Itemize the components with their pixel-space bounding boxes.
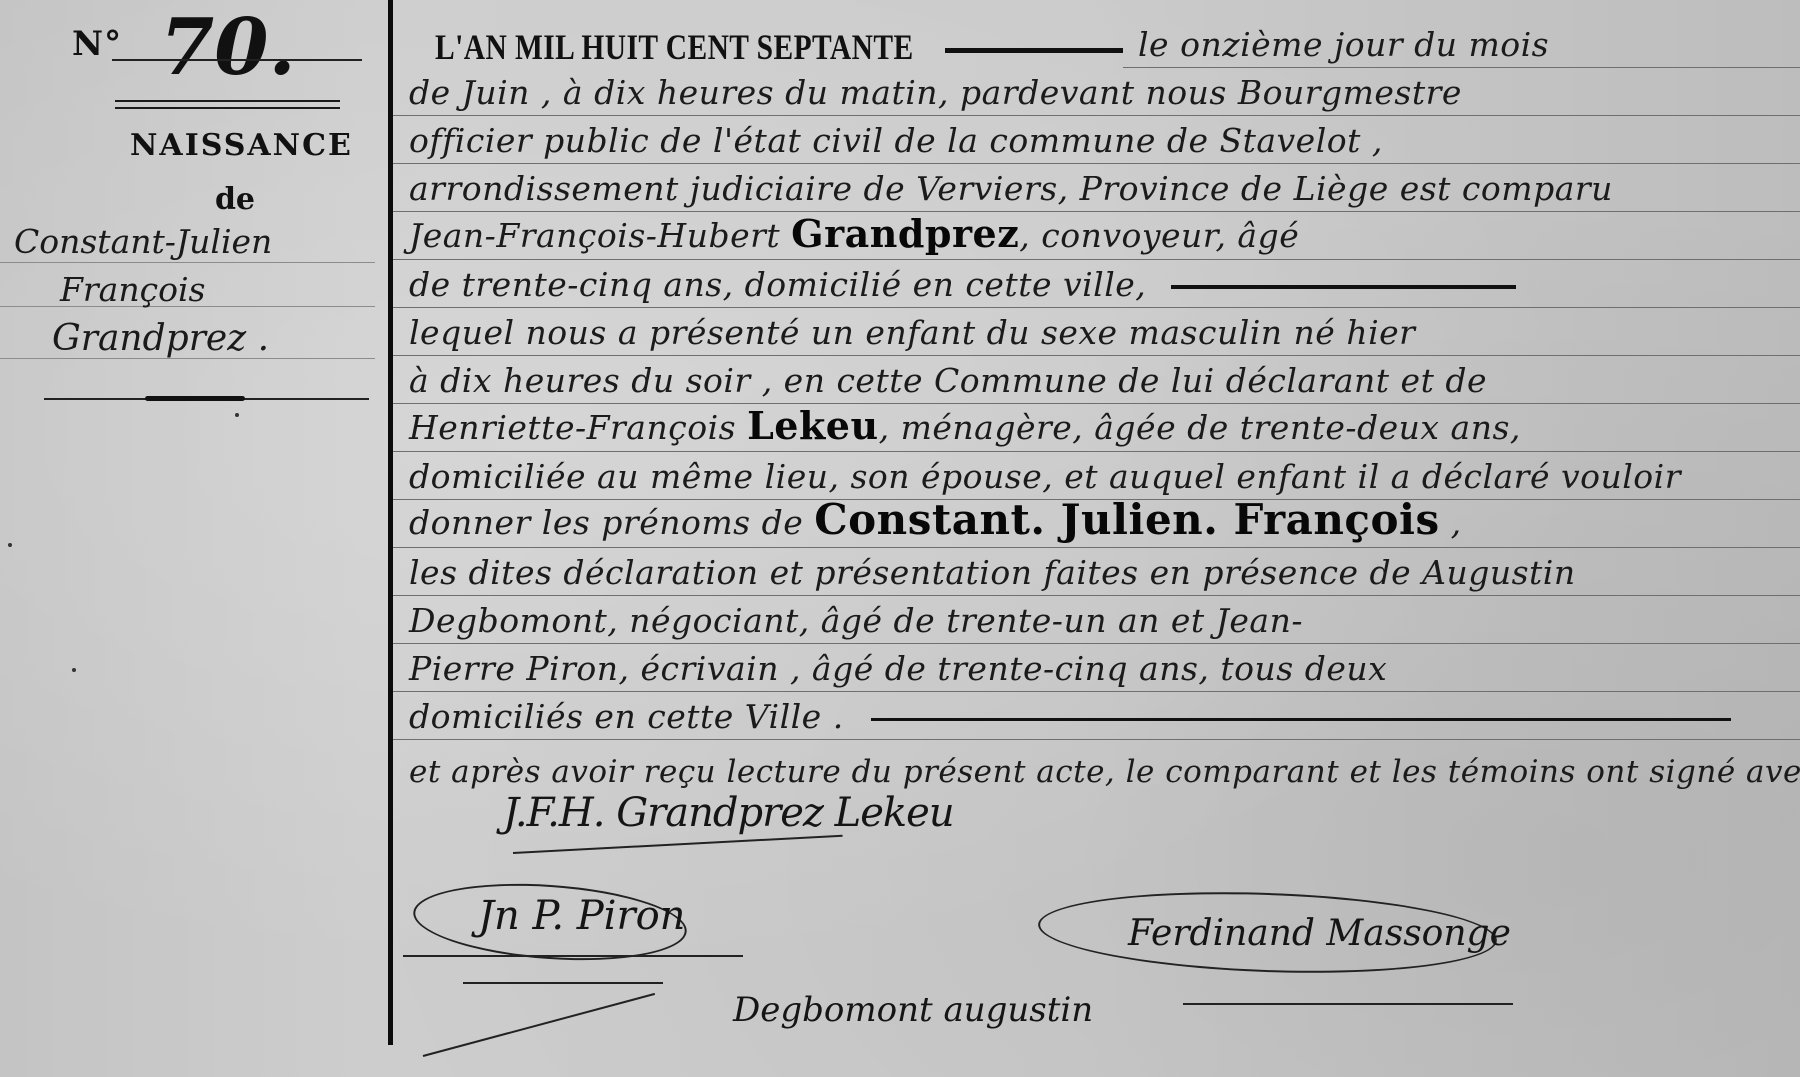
act-line-text: arrondissement judiciaire de Verviers, P… (409, 169, 1613, 208)
given-names-intro: donner les prénoms de (409, 503, 814, 542)
paper-speck (72, 668, 76, 672)
ruled-line (393, 451, 1800, 452)
birth-record-page: N° 70. NAISSANCE de Constant-Julien Fran… (0, 0, 1800, 1077)
act-line: à dix heures du soir , en cette Commune … (393, 358, 1800, 404)
act-line-text: domiciliés en cette Ville . (409, 697, 1731, 736)
ruled-line (1123, 67, 1800, 68)
ruled-line (393, 595, 1800, 596)
act-line-text: Jean-François-Hubert Grandprez, convoyeu… (409, 211, 1299, 256)
ruled-line (393, 643, 1800, 644)
act-line: officier public de l'état civil de la co… (393, 118, 1800, 164)
act-line-text: de trente-cinq ans, domicilié en cette v… (409, 265, 1516, 304)
ruled-line (393, 163, 1800, 164)
act-line-text: de Juin , à dix heures du matin, pardeva… (409, 73, 1462, 112)
act-line-text: Degbomont, négociant, âgé de trente-un a… (409, 601, 1303, 640)
double-rule-divider (115, 100, 340, 109)
act-line: Degbomont, négociant, âgé de trente-un a… (393, 598, 1800, 644)
child-given-names: Constant. Julien. François (814, 495, 1439, 544)
act-line: Henriette-François Lekeu, ménagère, âgée… (393, 406, 1800, 452)
margin-rule (0, 262, 375, 263)
paper-speck (8, 543, 12, 547)
child-name-line-2: François (60, 270, 205, 309)
act-line-text: le onzième jour du mois (1138, 25, 1549, 64)
margin-closing-rule-accent (145, 396, 245, 401)
act-line: domiciliée au même lieu, son épouse, et … (393, 454, 1800, 500)
record-number-value: 70. (160, 2, 296, 93)
declarant-given-names: Jean-François-Hubert (409, 216, 791, 255)
act-line: de Juin , à dix heures du matin, pardeva… (393, 70, 1800, 116)
act-line-text: domiciliée au même lieu, son épouse, et … (409, 457, 1681, 496)
act-line-text: les dites déclaration et présentation fa… (409, 553, 1576, 592)
act-line: arrondissement judiciaire de Verviers, P… (393, 166, 1800, 212)
act-line-content: domiciliés en cette Ville . (409, 697, 844, 736)
act-line: donner les prénoms de Constant. Julien. … (393, 502, 1800, 548)
signature-witness-degbomont: Degbomont augustin (733, 990, 1093, 1030)
ruled-line (393, 115, 1800, 116)
declarant-occupation: , convoyeur, âgé (1019, 216, 1299, 255)
mother-given-names: Henriette-François (409, 408, 747, 447)
act-line-text: Pierre Piron, écrivain , âgé de trente-c… (409, 649, 1387, 688)
child-name-line-3: Grandprez . (52, 318, 269, 359)
record-de-label: de (130, 182, 340, 217)
record-number-underline (112, 59, 362, 61)
act-line: et après avoir reçu lecture du présent a… (393, 748, 1800, 794)
mother-surname: Lekeu (747, 403, 879, 448)
ruled-line (393, 355, 1800, 356)
act-line: les dites déclaration et présentation fa… (393, 550, 1800, 596)
act-line-text: donner les prénoms de Constant. Julien. … (409, 495, 1462, 544)
record-type-heading: NAISSANCE (130, 128, 340, 163)
ruled-line (393, 259, 1800, 260)
mother-details: , ménagère, âgée de trente-deux ans, (879, 408, 1521, 447)
act-line: domiciliés en cette Ville . (393, 694, 1800, 740)
record-margin: N° 70. NAISSANCE de Constant-Julien Fran… (0, 0, 390, 1077)
ruled-line (393, 547, 1800, 548)
act-line-text: lequel nous a présenté un enfant du sexe… (409, 313, 1415, 352)
signature-flourish (1183, 1003, 1513, 1005)
ruled-line (393, 739, 1800, 740)
act-line: Pierre Piron, écrivain , âgé de trente-c… (393, 646, 1800, 692)
signature-flourish (513, 835, 843, 854)
act-line-content: de trente-cinq ans, domicilié en cette v… (409, 265, 1146, 304)
child-name-line-1: Constant-Julien (14, 222, 272, 261)
ruled-line (393, 307, 1800, 308)
ruled-line (393, 691, 1800, 692)
signature-flourish (403, 955, 743, 957)
act-line-text: et après avoir reçu lecture du présent a… (409, 754, 1800, 790)
signature-flourish (463, 982, 663, 984)
act-line-text: Henriette-François Lekeu, ménagère, âgée… (409, 403, 1521, 448)
act-line: lequel nous a présenté un enfant du sexe… (393, 310, 1800, 356)
act-line: le onzième jour du mois (393, 22, 1800, 68)
act-line-text: à dix heures du soir , en cette Commune … (409, 361, 1487, 400)
given-names-end: , (1440, 503, 1462, 542)
act-line: Jean-François-Hubert Grandprez, convoyeu… (393, 214, 1800, 260)
signature-declarant: J.F.H. Grandprez Lekeu (503, 790, 954, 836)
line-fill-dash (1171, 285, 1516, 289)
act-line-text: officier public de l'état civil de la co… (409, 121, 1383, 160)
declarant-surname: Grandprez (791, 211, 1019, 256)
signature-flourish (423, 993, 655, 1057)
signature-officer: Ferdinand Massonge (1128, 913, 1511, 954)
record-number-label: N° (72, 24, 122, 64)
signature-witness-piron: Jn P. Piron (478, 893, 685, 939)
act-body: L'AN MIL HUIT CENT SEPTANTE le onzième j… (393, 0, 1800, 1077)
paper-speck (235, 413, 239, 417)
act-line: de trente-cinq ans, domicilié en cette v… (393, 262, 1800, 308)
line-fill-dash (871, 718, 1731, 721)
